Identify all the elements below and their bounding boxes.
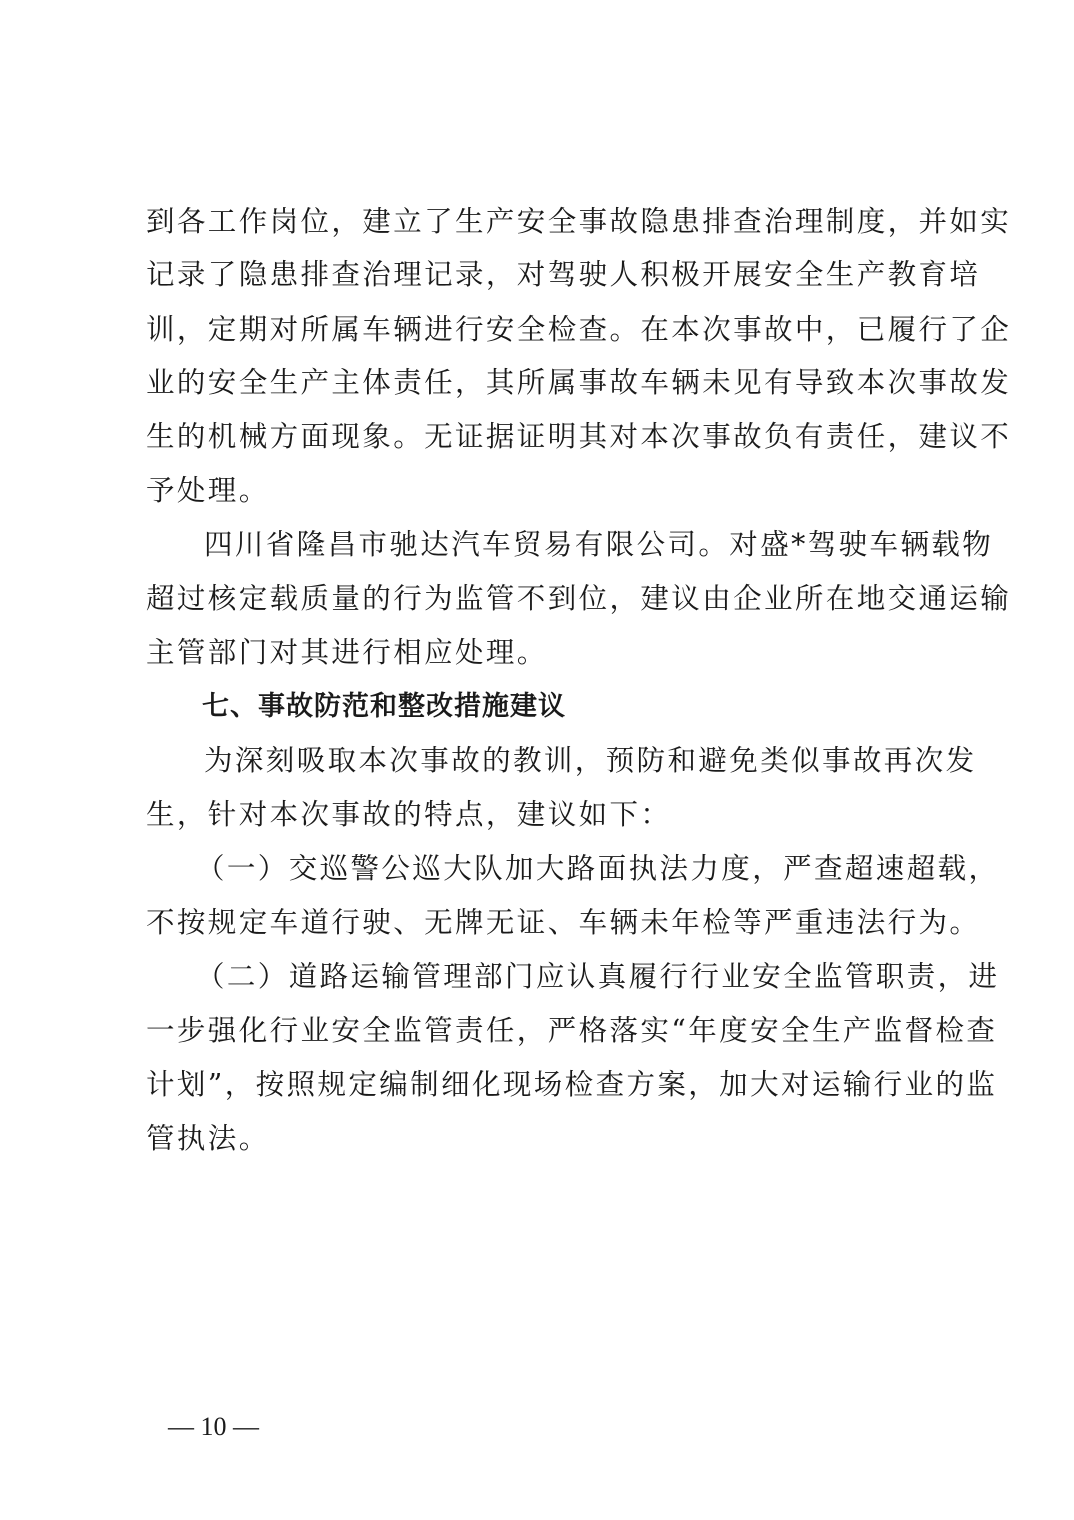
- paragraph-line: 管执法。: [146, 1121, 946, 1157]
- paragraph-line: （一）交巡警公巡大队加大路面执法力度，严查超速超载，: [196, 851, 996, 887]
- paragraph-line: 训，定期对所属车辆进行安全检查。在本次事故中，已履行了企: [146, 312, 946, 348]
- paragraph-line: 记录了隐患排查治理记录，对驾驶人积极开展安全生产教育培: [146, 257, 946, 293]
- paragraph-line: 生的机械方面现象。无证据证明其对本次事故负有责任，建议不: [146, 419, 946, 455]
- paragraph-line: 计划”，按照规定编制细化现场检查方案，加大对运输行业的监: [146, 1067, 946, 1103]
- paragraph-line: 不按规定车道行驶、无牌无证、车辆未年检等严重违法行为。: [146, 905, 946, 941]
- paragraph-line: 业的安全生产主体责任，其所属事故车辆未见有导致本次事故发: [146, 365, 946, 401]
- paragraph-line: 为深刻吸取本次事故的教训，预防和避免类似事故再次发: [204, 743, 1004, 779]
- paragraph-line: 一步强化行业安全监管责任，严格落实“年度安全生产监督检查: [146, 1013, 946, 1049]
- paragraph-line: 四川省隆昌市驰达汽车贸易有限公司。对盛*驾驶车辆载物: [204, 527, 1004, 563]
- paragraph-line: 主管部门对其进行相应处理。: [146, 635, 946, 671]
- document-page: 到各工作岗位，建立了生产安全事故隐患排查治理制度，并如实 记录了隐患排查治理记录…: [0, 0, 1074, 1520]
- section-heading: 七、事故防范和整改措施建议: [202, 689, 1002, 725]
- page-number: — 10 —: [168, 1412, 259, 1442]
- paragraph-line: 到各工作岗位，建立了生产安全事故隐患排查治理制度，并如实: [146, 204, 946, 240]
- paragraph-line: 予处理。: [146, 473, 946, 509]
- paragraph-line: （二）道路运输管理部门应认真履行行业安全监管职责，进: [196, 959, 996, 995]
- paragraph-line: 超过核定载质量的行为监管不到位，建议由企业所在地交通运输: [146, 581, 946, 617]
- paragraph-line: 生，针对本次事故的特点，建议如下：: [146, 797, 946, 833]
